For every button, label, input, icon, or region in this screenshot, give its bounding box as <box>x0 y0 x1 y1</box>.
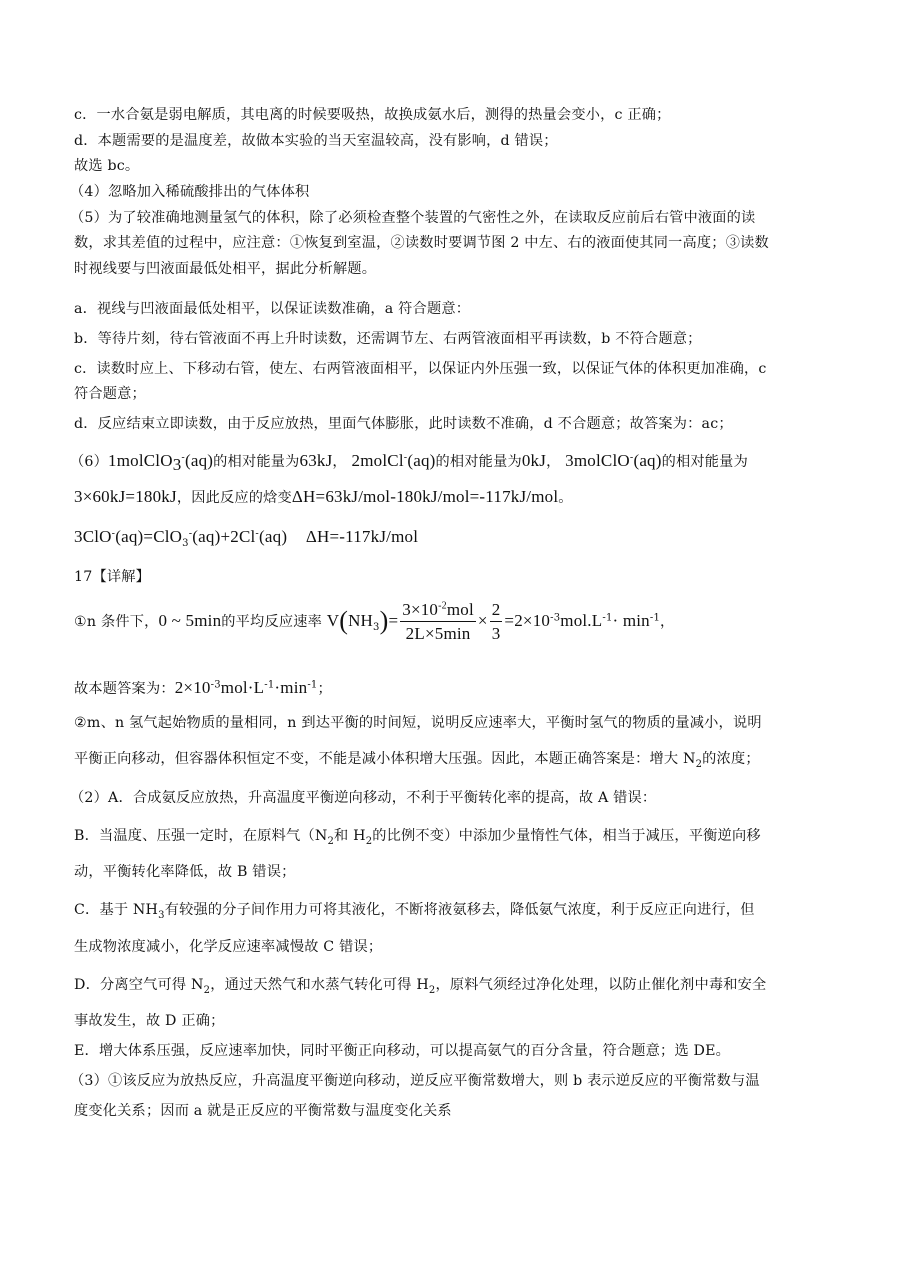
text-line: 度变化关系；因而 a 就是正反应的平衡常数与温度变化关系 <box>74 1101 452 1121</box>
fraction: 23 <box>490 600 503 644</box>
q6-line1: （6）1molClO3-(aq)的相对能量为63kJ， 2molCl-(aq)的… <box>70 451 748 472</box>
section-heading-17: 17【详解】 <box>74 567 150 587</box>
text-line: （4）忽略加入稀硫酸排出的气体体积 <box>70 182 309 202</box>
text-line: 符合题意； <box>74 384 146 404</box>
text-line: B．当温度、压强一定时，在原料气（N2和 H2的比例不变）中添加少量惰性气体，相… <box>74 826 761 846</box>
text-line: D．分离空气可得 N2，通过天然气和水蒸气转化可得 H2，原料气须经过净化处理，… <box>74 975 766 995</box>
text-line: （5）为了较准确地测量氢气的体积，除了必须检查整个装置的气密性之外，在读取反应前… <box>70 208 755 228</box>
answer-rate-line: 故本题答案为：2×10-3mol·L-1·min-1； <box>74 678 332 699</box>
text-line: （2）A．合成氨反应放热，升高温度平衡逆向移动，不利于平衡转化率的提高，故 A … <box>70 788 656 808</box>
text-line: 数，求其差值的过程中，应注意：①恢复到室温，②读数时要调节图 2 中左、右的液面… <box>74 233 769 253</box>
text-line: 故选 bc。 <box>74 156 139 176</box>
text-line: 事故发生，故 D 正确； <box>74 1011 224 1031</box>
text-line: C．基于 NH3有较强的分子间作用力可将其液化，不断将液氨移去，降低氨气浓度，利… <box>74 900 755 920</box>
text-line: d．本题需要的是温度差，故做本实验的当天室温较高，没有影响，d 错误； <box>74 131 558 151</box>
text-line: c．读数时应上、下移动右管，使左、右两管液面相平，以保证内外压强一致，以保证气体… <box>74 359 767 379</box>
q6-line2: 3×60kJ=180kJ，因此反应的焓变ΔH=63kJ/mol-180kJ/mo… <box>74 487 573 508</box>
text-line: ②m、n 氢气起始物质的量相同，n 到达平衡的时间短，说明反应速率大，平衡时氢气… <box>74 713 762 733</box>
text-line: 生成物浓度减小，化学反应速率减慢故 C 错误； <box>74 937 382 957</box>
document-page: c．一水合氨是弱电解质，其电离的时候要吸热，故换成氨水后，测得的热量会变小，c … <box>0 0 900 1273</box>
text-line: d．反应结束立即读数，由于反应放热，里面气体膨胀，此时读数不准确，d 不合题意；… <box>74 414 733 434</box>
text-line: c．一水合氨是弱电解质，其电离的时候要吸热，故换成氨水后，测得的热量会变小，c … <box>74 105 671 125</box>
fraction: 3×10-2mol2L×5min <box>400 600 476 644</box>
rate-formula-line: ①n 条件下，0 ~ 5min的平均反应速率 V(NH3)=3×10-2mol2… <box>74 600 674 644</box>
text-line: a．视线与凹液面最低处相平，以保证读数准确，a 符合题意： <box>74 299 470 319</box>
text-line: b．等待片刻，待右管液面不再上升时读数，还需调节左、右两管液面相平再读数，b 不… <box>74 329 702 349</box>
text-line: 动，平衡转化率降低，故 B 错误； <box>74 862 295 882</box>
text-line: E．增大体系压强，反应速率加快，同时平衡正向移动，可以提高氨气的百分含量，符合题… <box>74 1041 730 1061</box>
text-line: 平衡正向移动，但容器体积恒定不变，不能是减小体积增大压强。因此，本题正确答案是：… <box>74 749 760 769</box>
text-line: 时视线要与凹液面最低处相平，据此分析解题。 <box>74 259 376 279</box>
thermochemical-equation: 3ClO-(aq)=ClO3-(aq)+2Cl-(aq) ΔH=-117kJ/m… <box>74 527 418 548</box>
text-line: （3）①该反应为放热反应，升高温度平衡逆向移动，逆反应平衡常数增大，则 b 表示… <box>70 1071 760 1091</box>
